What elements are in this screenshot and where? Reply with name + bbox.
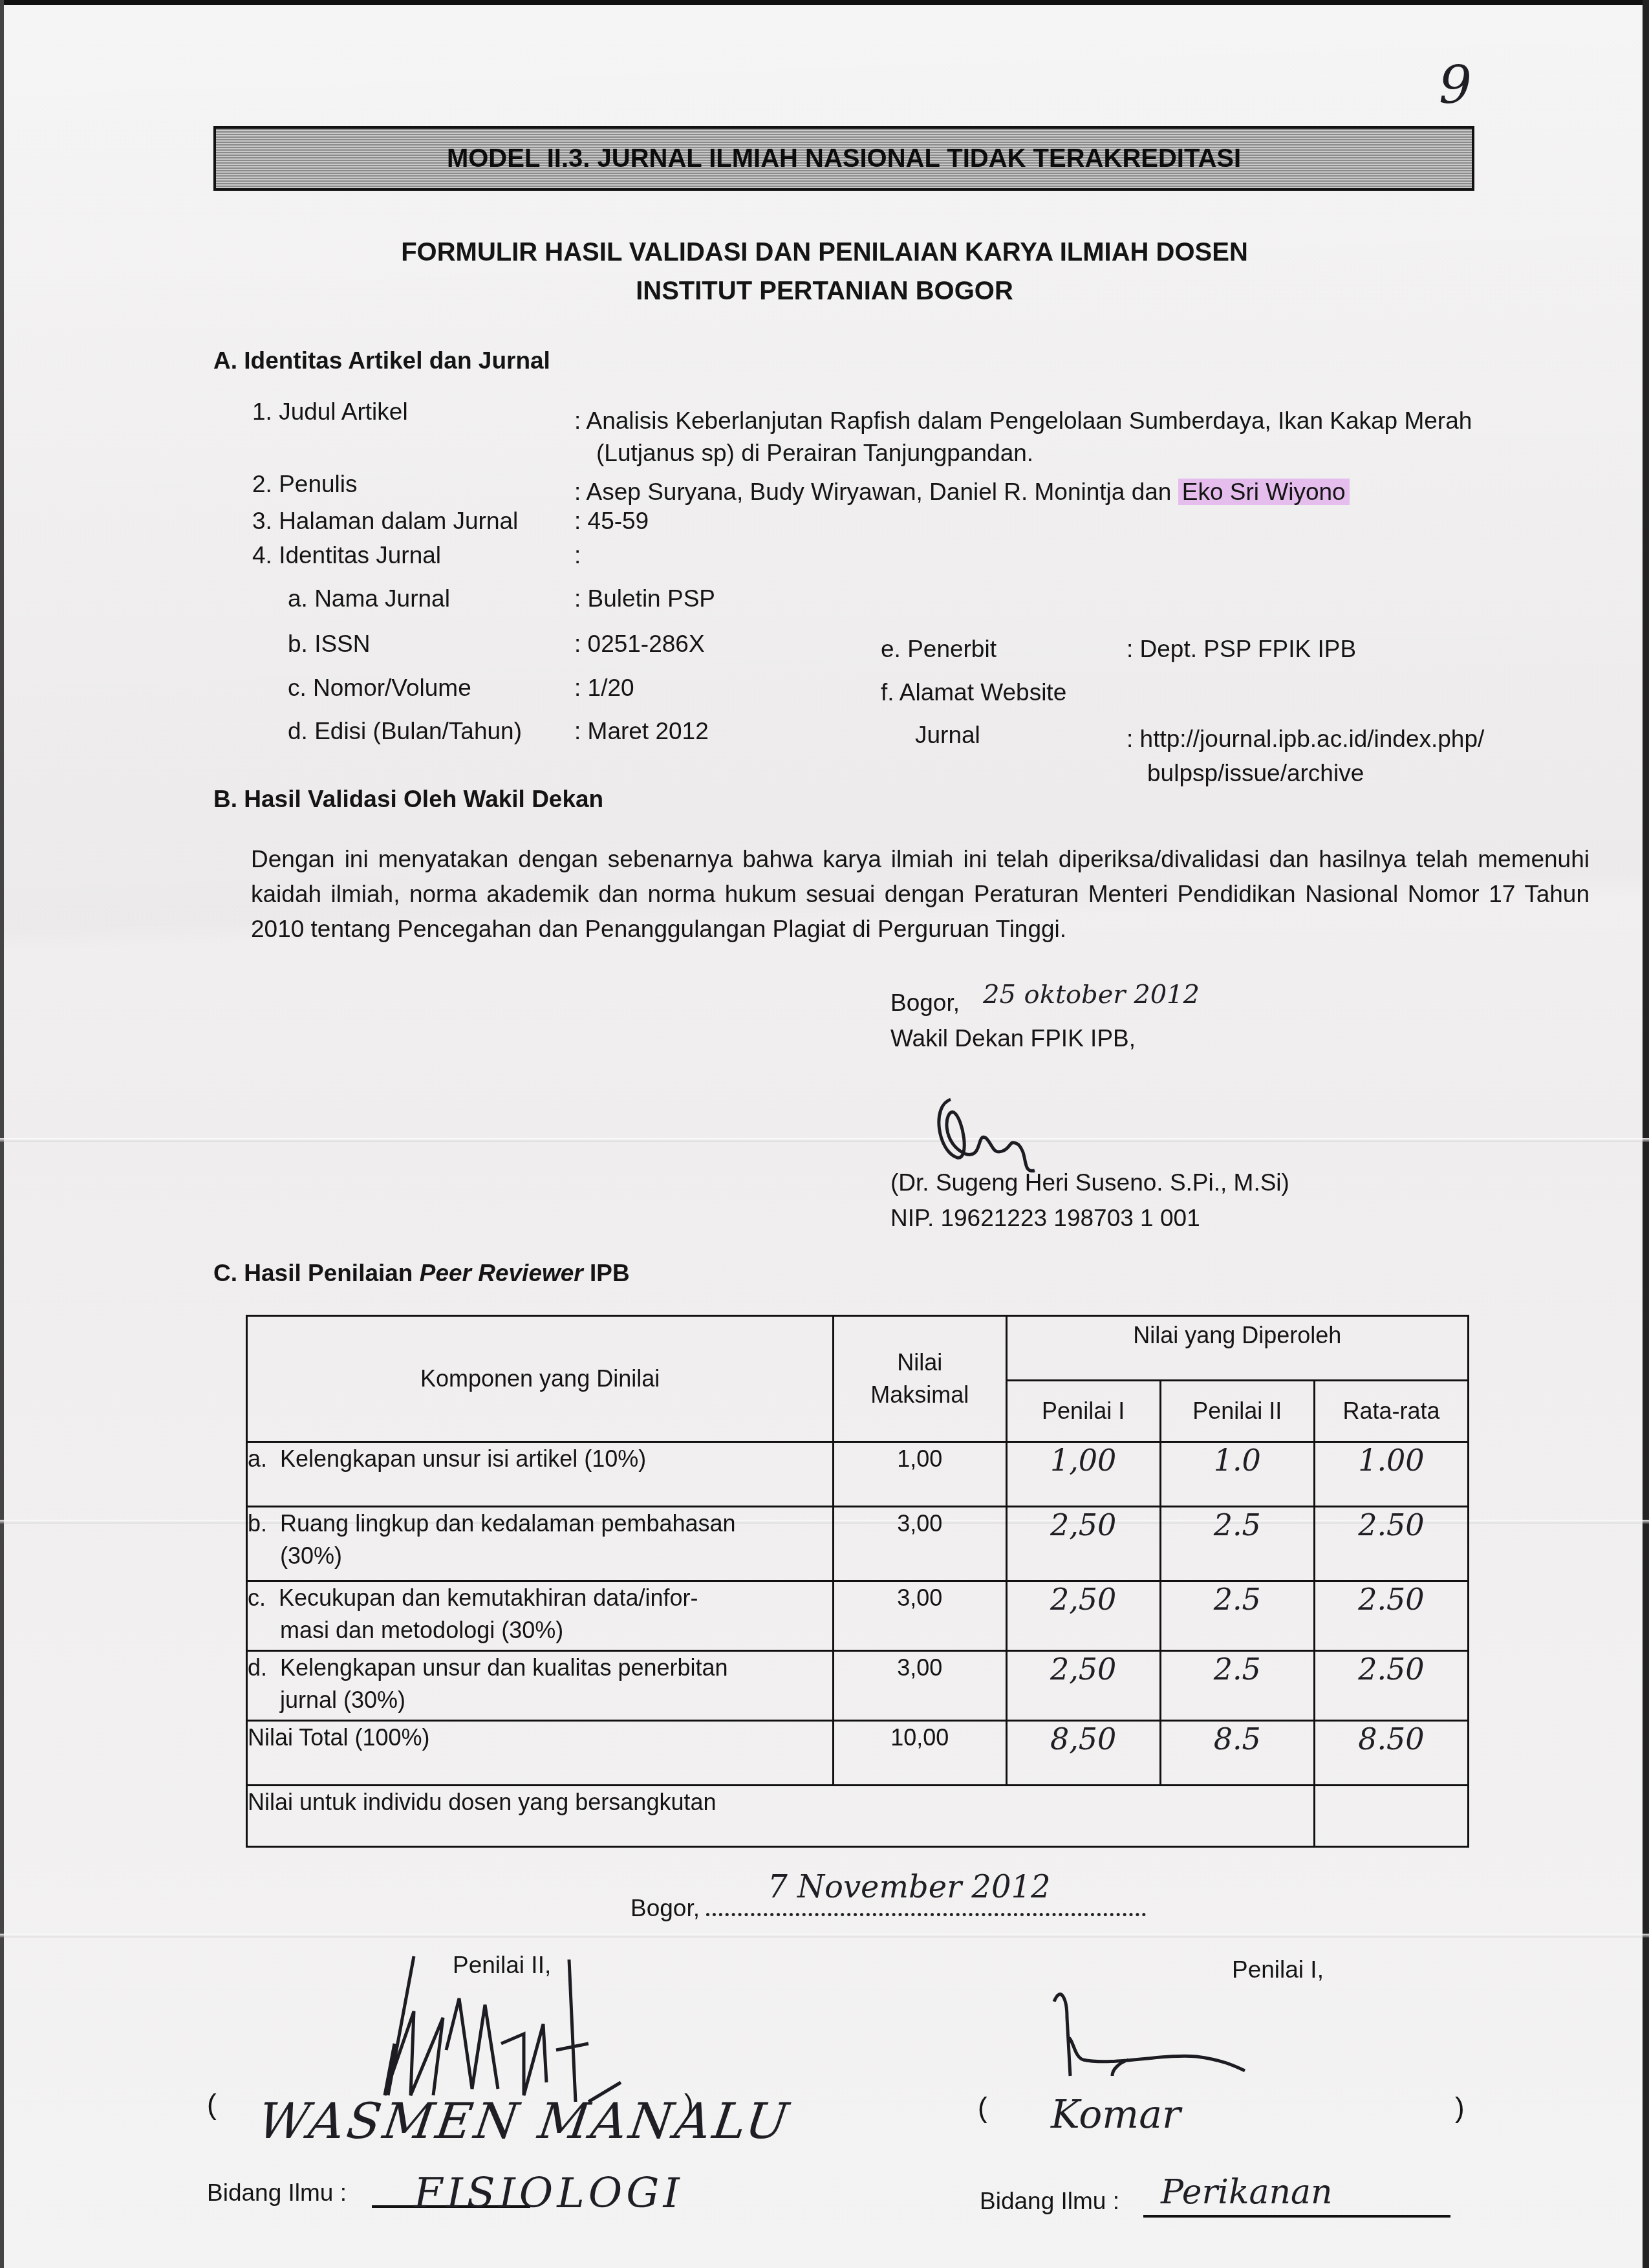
penilai-1-score: 2,50 bbox=[1006, 1581, 1160, 1651]
value-issn: : 0251-286X bbox=[574, 631, 705, 658]
validation-place: Bogor, bbox=[890, 989, 960, 1017]
model-banner: MODEL II.3. JURNAL ILMIAH NASIONAL TIDAK… bbox=[213, 126, 1474, 191]
penilai-1-score: 2,50 bbox=[1006, 1651, 1160, 1721]
component-cell: a. Kelengkapan unsur isi artikel (10%) bbox=[247, 1442, 834, 1507]
reviewer-1-field-underline bbox=[1143, 2215, 1450, 2218]
max-score-cell: 3,00 bbox=[834, 1507, 1006, 1581]
value-edisi: : Maret 2012 bbox=[574, 718, 709, 745]
value-identitas-jurnal: : bbox=[574, 542, 581, 569]
total-max: 10,00 bbox=[834, 1721, 1006, 1786]
value-website-2[interactable]: bulpsp/issue/archive bbox=[1147, 760, 1364, 787]
validator-name: (Dr. Sugeng Heri Suseno. S.Pi., M.Si) bbox=[890, 1169, 1289, 1196]
validator-nip: NIP. 19621223 198703 1 001 bbox=[890, 1205, 1200, 1232]
average-score: 2.50 bbox=[1314, 1507, 1468, 1581]
header-component: Komponen yang Dinilai bbox=[247, 1316, 834, 1442]
average-score: 1.00 bbox=[1314, 1442, 1468, 1507]
model-banner-text: MODEL II.3. JURNAL ILMIAH NASIONAL TIDAK… bbox=[447, 144, 1241, 173]
value-nama-jurnal: : Buletin PSP bbox=[574, 585, 715, 612]
table-row: c. Kecukupan dan kemutakhiran data/infor… bbox=[247, 1581, 1469, 1651]
label-halaman: 3. Halaman dalam Jurnal bbox=[252, 508, 518, 535]
total-average: 8.50 bbox=[1314, 1721, 1468, 1786]
reviewer-2-name-handwritten: WASMEN MANALU bbox=[255, 2092, 794, 2150]
average-score: 2.50 bbox=[1314, 1581, 1468, 1651]
penulis-names: : Asep Suryana, Budy Wiryawan, Daniel R.… bbox=[574, 479, 1178, 505]
reviewer-1-title: Penilai I, bbox=[1232, 1956, 1324, 1983]
reviewer-1-name-handwritten: Komar bbox=[1051, 2092, 1181, 2137]
total-penilai-2: 8.5 bbox=[1160, 1721, 1314, 1786]
individual-score-value bbox=[1314, 1786, 1468, 1847]
reviewer-2-field-label: Bidang Ilmu : bbox=[207, 2179, 347, 2207]
value-penerbit: : Dept. PSP FPIK IPB bbox=[1126, 636, 1356, 663]
review-date-handwritten: 7 November 2012 bbox=[768, 1869, 1050, 1905]
label-penulis: 2. Penulis bbox=[252, 471, 358, 498]
header-penilai-2: Penilai II bbox=[1160, 1381, 1314, 1442]
peer-review-score-table: Komponen yang Dinilai Nilai Maksimal Nil… bbox=[246, 1315, 1469, 1848]
label-website-1: f. Alamat Website bbox=[881, 679, 1066, 706]
table-row: d. Kelengkapan unsur dan kualitas penerb… bbox=[247, 1651, 1469, 1721]
vice-dean-signature bbox=[931, 1093, 1086, 1177]
reviewer-1-close-paren: ) bbox=[1455, 2092, 1465, 2124]
value-judul-artikel-2: (Lutjanus sp) di Perairan Tanjungpandan. bbox=[596, 440, 1033, 467]
header-average: Rata-rata bbox=[1314, 1381, 1468, 1442]
page-number: 9 bbox=[1439, 55, 1472, 115]
reviewer-2-field-handwritten: FISIOLOGI bbox=[414, 2170, 684, 2218]
review-date-line: Bogor, 7 November 2012 bbox=[630, 1894, 1146, 1922]
component-cell: b. Ruang lingkup dan kedalaman pembahasa… bbox=[247, 1507, 834, 1581]
header-max-score: Nilai Maksimal bbox=[834, 1316, 1006, 1442]
max-score-cell: 1,00 bbox=[834, 1442, 1006, 1507]
label-nomor-volume: c. Nomor/Volume bbox=[288, 675, 471, 702]
penilai-2-score: 2.5 bbox=[1160, 1507, 1314, 1581]
value-penulis: : Asep Suryana, Budy Wiryawan, Daniel R.… bbox=[574, 479, 1350, 506]
label-identitas-jurnal: 4. Identitas Jurnal bbox=[252, 542, 441, 569]
total-label: Nilai Total (100%) bbox=[247, 1721, 834, 1786]
penilai-1-score: 2,50 bbox=[1006, 1507, 1160, 1581]
reviewer-2-open-paren: ( bbox=[207, 2089, 217, 2121]
scan-edge-left bbox=[0, 0, 4, 2268]
scan-edge-top bbox=[0, 0, 1649, 5]
max-score-cell: 3,00 bbox=[834, 1651, 1006, 1721]
validator-position: Wakil Dekan FPIK IPB, bbox=[890, 1025, 1136, 1052]
validation-date-handwritten: 25 oktober 2012 bbox=[983, 980, 1200, 1010]
total-penilai-1: 8,50 bbox=[1006, 1721, 1160, 1786]
form-title: FORMULIR HASIL VALIDASI DAN PENILAIAN KA… bbox=[0, 238, 1649, 267]
reviewer-1-open-paren: ( bbox=[978, 2092, 987, 2124]
label-website-2: Jurnal bbox=[915, 722, 980, 749]
label-judul-artikel: 1. Judul Artikel bbox=[252, 398, 408, 426]
scan-edge-right bbox=[1643, 0, 1649, 2268]
reviewer-1-field-label: Bidang Ilmu : bbox=[980, 2188, 1119, 2215]
reviewer-2-signature bbox=[375, 1947, 737, 2108]
reviewer-1-field-handwritten: Perikanan bbox=[1161, 2173, 1332, 2212]
highlighted-author: Eko Sri Wiyono bbox=[1178, 479, 1350, 505]
component-cell: d. Kelengkapan unsur dan kualitas penerb… bbox=[247, 1651, 834, 1721]
section-b-heading: B. Hasil Validasi Oleh Wakil Dekan bbox=[213, 786, 603, 813]
value-halaman: : 45-59 bbox=[574, 508, 649, 535]
table-row-individual: Nilai untuk individu dosen yang bersangk… bbox=[247, 1786, 1469, 1847]
penilai-2-score: 2.5 bbox=[1160, 1581, 1314, 1651]
table-row: a. Kelengkapan unsur isi artikel (10%) 1… bbox=[247, 1442, 1469, 1507]
date-dotted-line: 7 November 2012 bbox=[706, 1894, 1146, 1916]
paper-fold-crease bbox=[0, 1138, 1649, 1142]
label-edisi: d. Edisi (Bulan/Tahun) bbox=[288, 718, 522, 745]
penilai-2-score: 1.0 bbox=[1160, 1442, 1314, 1507]
institution-title: INSTITUT PERTANIAN BOGOR bbox=[0, 277, 1649, 306]
value-nomor-volume: : 1/20 bbox=[574, 675, 634, 702]
label-penerbit: e. Penerbit bbox=[881, 636, 997, 663]
value-website-1[interactable]: : http://journal.ipb.ac.id/index.php/ bbox=[1126, 726, 1484, 753]
component-cell: c. Kecukupan dan kemutakhiran data/infor… bbox=[247, 1581, 834, 1651]
table-row: b. Ruang lingkup dan kedalaman pembahasa… bbox=[247, 1507, 1469, 1581]
average-score: 2.50 bbox=[1314, 1651, 1468, 1721]
section-a-heading: A. Identitas Artikel dan Jurnal bbox=[213, 347, 550, 374]
penilai-2-score: 2.5 bbox=[1160, 1651, 1314, 1721]
value-judul-artikel-1: : Analisis Keberlanjutan Rapfish dalam P… bbox=[574, 407, 1472, 435]
paper-fold-crease bbox=[0, 1934, 1649, 1938]
header-penilai-1: Penilai I bbox=[1006, 1381, 1160, 1442]
reviewer-1-signature bbox=[1048, 1985, 1280, 2095]
label-nama-jurnal: a. Nama Jurnal bbox=[288, 585, 450, 612]
table-row-total: Nilai Total (100%) 10,00 8,50 8.5 8.50 bbox=[247, 1721, 1469, 1786]
penilai-1-score: 1,00 bbox=[1006, 1442, 1160, 1507]
reviewer-2-close-paren: ) bbox=[684, 2089, 694, 2121]
max-score-cell: 3,00 bbox=[834, 1581, 1006, 1651]
header-obtained-score: Nilai yang Diperoleh bbox=[1006, 1316, 1468, 1381]
validation-statement: Dengan ini menyatakan dengan sebenarnya … bbox=[251, 842, 1590, 947]
label-issn: b. ISSN bbox=[288, 631, 371, 658]
review-place: Bogor, bbox=[630, 1895, 700, 1921]
individual-score-label: Nilai untuk individu dosen yang bersangk… bbox=[247, 1786, 1315, 1847]
section-c-heading: C. Hasil Penilaian Peer Reviewer IPB bbox=[213, 1260, 630, 1287]
document-page bbox=[0, 0, 1649, 2268]
